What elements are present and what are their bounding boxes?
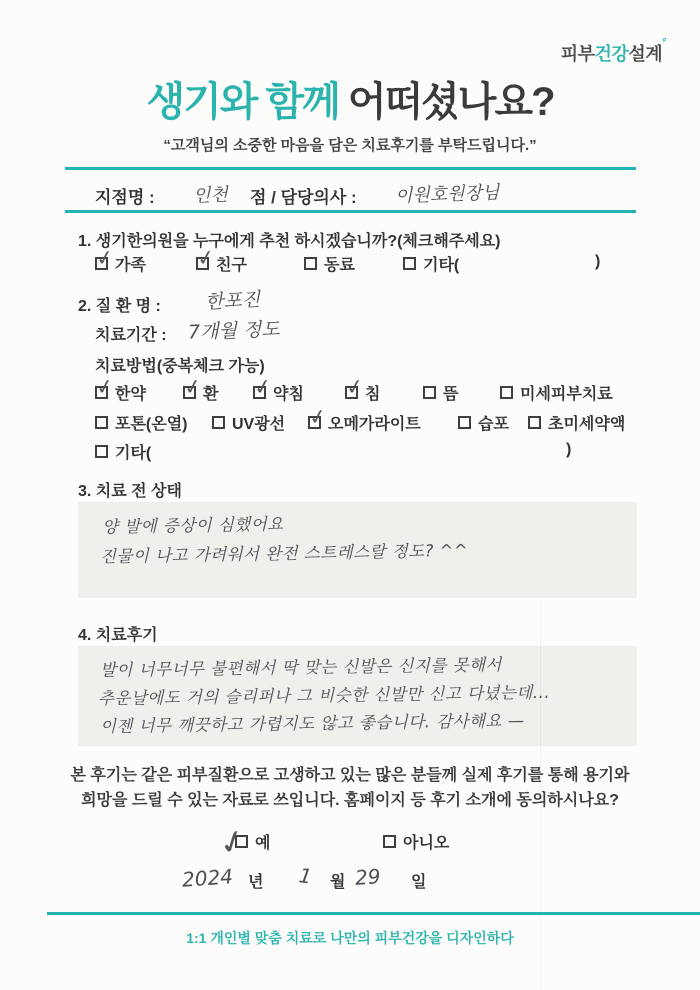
- treatment-method-title: 치료방법(중복체크 가능): [95, 353, 265, 376]
- checkbox-label: 미세피부치료: [520, 381, 613, 404]
- checkbox-pharmacopuncture: ✓ 약침: [253, 381, 304, 404]
- checkbox-label: 친구: [216, 252, 247, 275]
- checkbox-label: 예: [255, 830, 270, 853]
- checkbox-square-icon: ✓: [528, 416, 541, 429]
- handwritten-line: 양 발에 증상이 심했어요: [102, 510, 284, 537]
- checkbox-square-icon: ✓: [304, 257, 317, 270]
- date-day-handwritten: 29: [354, 864, 381, 890]
- checkbox-no: ✓ 아니오: [383, 830, 449, 853]
- handwritten-line: 추운날에도 거의 슬리퍼나 그 비슷한 신발만 신고 다녔는데...: [98, 679, 550, 709]
- checkbox-square-icon: ✓: [345, 386, 358, 399]
- date-year-handwritten: 2024: [181, 864, 233, 891]
- checkbox-square-icon: ✓: [235, 835, 248, 848]
- check-icon: ✓: [252, 374, 274, 401]
- handwritten-line: 진물이 나고 가려워서 완전 스트레스랄 정도? ^^: [100, 537, 469, 567]
- checkbox-pill: ✓ 환: [183, 381, 218, 404]
- branch-label: 지점명 :: [95, 183, 155, 208]
- checkbox-label: 기타(: [115, 440, 151, 463]
- checkbox-square-icon: ✓: [95, 257, 108, 270]
- checkbox-other: ✓ 기타(: [403, 252, 459, 275]
- check-icon: ✓: [182, 374, 204, 401]
- checkbox-square-icon: ✓: [95, 445, 108, 458]
- checkbox-label: 한약: [115, 381, 146, 404]
- checkbox-uv-light: ✓ UV광선: [212, 411, 285, 434]
- checkbox-wet-dressing: ✓ 습포: [458, 411, 509, 434]
- checkbox-label: 아니오: [403, 830, 449, 853]
- checkbox-acupuncture: ✓ 침: [345, 381, 380, 404]
- page-title-accent: 생기와 함께: [146, 80, 347, 124]
- disease-value-handwritten: 한포진: [204, 285, 260, 315]
- paren-close: ): [595, 253, 600, 271]
- period-value-handwritten: 7개월 정도: [188, 314, 280, 344]
- checkbox-square-icon: ✓: [423, 386, 436, 399]
- question-3-title: 3. 치료 전 상태: [78, 478, 182, 501]
- checkbox-moxibustion: ✓ 뜸: [423, 381, 458, 404]
- checkbox-square-icon: ✓: [95, 416, 108, 429]
- checkbox-label: 포톤(온열): [115, 411, 187, 434]
- checkbox-square-icon: ✓: [383, 835, 396, 848]
- checkbox-micro-skin-treatment: ✓ 미세피부치료: [500, 381, 613, 404]
- checkbox-square-icon: ✓: [308, 416, 321, 429]
- checkbox-label: 오메가라이트: [328, 411, 421, 434]
- checkbox-omega-light: ✓ 오메가라이트: [308, 411, 421, 434]
- checkbox-label: 침: [365, 381, 380, 404]
- brand-post: 설계: [628, 44, 662, 64]
- checkbox-label: 동료: [324, 252, 355, 275]
- checkbox-square-icon: ✓: [458, 416, 471, 429]
- degree-mark-icon: °: [662, 37, 666, 49]
- checkbox-label: UV광선: [232, 411, 285, 434]
- checkbox-yes: ✓ 예: [235, 830, 270, 853]
- consent-text-line2: 희망을 드릴 수 있는 자료로 쓰입니다. 홈페이지 등 후기 소개에 동의하시…: [0, 787, 700, 810]
- check-icon: ✓: [307, 404, 329, 431]
- check-icon: ✓: [344, 374, 366, 401]
- checkbox-label: 뜸: [443, 381, 458, 404]
- handwritten-line: 이젠 너무 깨끗하고 가렵지도 않고 좋습니다. 감사해요 —: [100, 707, 525, 737]
- checkbox-label: 기타(: [423, 252, 459, 275]
- checkbox-square-icon: ✓: [403, 257, 416, 270]
- checkbox-label: 환: [203, 381, 218, 404]
- checkbox-label: 습포: [478, 411, 509, 434]
- review-answer-box: 발이 너무너무 불편해서 딱 맞는 신발은 신지를 못해서 추운날에도 거의 슬…: [78, 646, 637, 746]
- page-title-rest: 어떠셨나요?: [348, 80, 554, 124]
- question-2-disease-label: 2. 질 환 명 :: [78, 293, 161, 316]
- consent-text-line1: 본 후기는 같은 피부질환으로 고생하고 있는 많은 분들께 실제 후기를 통해…: [0, 762, 700, 785]
- date-day-label: 일: [411, 869, 426, 892]
- checkbox-friend: ✓ 친구: [196, 252, 247, 275]
- date-year-label: 년: [248, 869, 263, 892]
- checkbox-label: 초미세약액: [548, 411, 625, 434]
- checkbox-square-icon: ✓: [500, 386, 513, 399]
- checkbox-label: 약침: [273, 381, 304, 404]
- checkbox-square-icon: ✓: [253, 386, 266, 399]
- scanned-review-form: 피부건강설계° 생기와 함께 어떠셨나요? “고객님의 소중한 마음을 담은 치…: [0, 0, 700, 990]
- date-month-handwritten: 1: [297, 863, 313, 889]
- footer-slogan: 1:1 개인별 맞춤 치료로 나만의 피부건강을 디자인하다: [0, 928, 700, 948]
- check-icon: ✓: [94, 374, 116, 401]
- checkbox-herbal-medicine: ✓ 한약: [95, 381, 146, 404]
- checkbox-square-icon: ✓: [196, 257, 209, 270]
- pre-treatment-answer-box: 양 발에 증상이 심했어요 진물이 나고 가려워서 완전 스트레스랄 정도? ^…: [78, 502, 637, 598]
- checkbox-other-method: ✓ 기타(: [95, 440, 151, 463]
- question-1-title: 1. 생기한의원을 누구에게 추천 하시겠습니까?(체크해주세요): [78, 228, 501, 251]
- doctor-value-handwritten: 이원호원장님: [395, 178, 500, 208]
- treatment-period-label: 치료기간 :: [95, 322, 167, 345]
- page-subtitle: “고객님의 소중한 마음을 담은 치료후기를 부탁드립니다.”: [0, 134, 700, 155]
- checkbox-label: 가족: [115, 252, 146, 275]
- footer-divider: [47, 912, 700, 915]
- branch-doctor-box: 지점명 : 인천 점 / 담당의사 : 이원호원장님: [65, 167, 636, 213]
- question-4-title: 4. 치료후기: [78, 622, 158, 645]
- checkbox-ultrafine-solution: ✓ 초미세약액: [528, 411, 625, 434]
- date-month-label: 월: [330, 869, 345, 892]
- checkbox-square-icon: ✓: [183, 386, 196, 399]
- check-icon: ✓: [214, 820, 251, 864]
- checkbox-square-icon: ✓: [212, 416, 225, 429]
- checkbox-family: ✓ 가족: [95, 252, 146, 275]
- brand-accent: 건강: [595, 44, 629, 64]
- doctor-label: 점 / 담당의사 :: [250, 183, 357, 208]
- branch-value-handwritten: 인천: [193, 180, 229, 207]
- handwritten-line: 발이 너무너무 불편해서 딱 맞는 신발은 신지를 못해서: [100, 651, 502, 681]
- checkbox-colleague: ✓ 동료: [304, 252, 355, 275]
- checkbox-square-icon: ✓: [95, 386, 108, 399]
- page-title: 생기와 함께 어떠셨나요?: [0, 70, 700, 127]
- paren-close: ): [566, 441, 571, 459]
- brand-pre: 피부: [561, 44, 595, 64]
- checkbox-photon-heat: ✓ 포톤(온열): [95, 411, 187, 434]
- brand-logo: 피부건강설계°: [561, 40, 666, 66]
